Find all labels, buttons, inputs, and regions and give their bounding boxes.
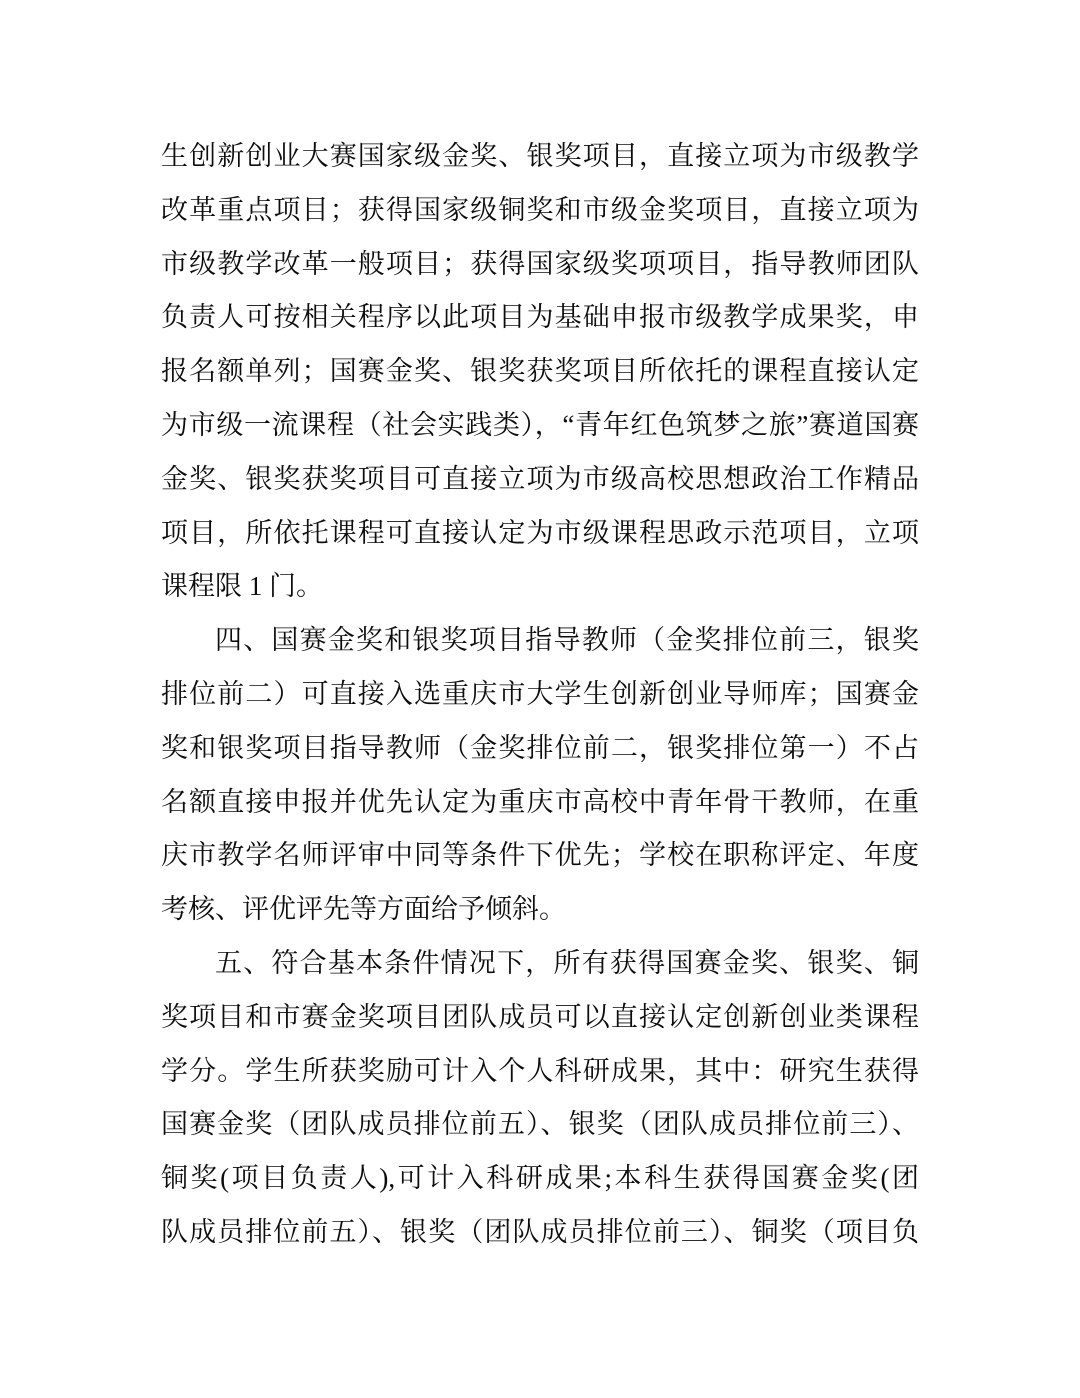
text-line: 课程限 1 门。 [161, 560, 919, 614]
text-line: 改革重点项目；获得国家级铜奖和市级金奖项目，直接立项为 [161, 184, 919, 238]
text-line: 队成员排位前五）、银奖（团队成员排位前三）、铜奖（项目负 [161, 1206, 919, 1260]
text-line: 名额直接申报并优先认定为重庆市高校中青年骨干教师，在重 [161, 776, 919, 830]
text-line: 排位前二）可直接入选重庆市大学生创新创业导师库；国赛金 [161, 668, 919, 722]
text-line: 项目，所依托课程可直接认定为市级课程思政示范项目，立项 [161, 507, 919, 561]
text-line: 奖和银奖项目指导教师（金奖排位前二，银奖排位第一）不占 [161, 722, 919, 776]
text-line: 负责人可按相关程序以此项目为基础申报市级教学成果奖，申 [161, 291, 919, 345]
text-line: 考核、评优评先等方面给予倾斜。 [161, 883, 919, 937]
text-line: 市级教学改革一般项目；获得国家级奖项项目，指导教师团队 [161, 238, 919, 292]
text-line: 生创新创业大赛国家级金奖、银奖项目，直接立项为市级教学 [161, 130, 919, 184]
text-line: 为市级一流课程（社会实践类），“青年红色筑梦之旅”赛道国赛 [161, 399, 919, 453]
paragraph-five-first-line: 五、符合基本条件情况下，所有获得国赛金奖、银奖、铜 [161, 937, 919, 991]
text-line: 学分。学生所获奖励可计入个人科研成果，其中：研究生获得 [161, 1045, 919, 1099]
text-column: 生创新创业大赛国家级金奖、银奖项目，直接立项为市级教学 改革重点项目；获得国家级… [161, 130, 919, 1260]
text-line: 金奖、银奖获奖项目可直接立项为市级高校思想政治工作精品 [161, 453, 919, 507]
document-page: 生创新创业大赛国家级金奖、银奖项目，直接立项为市级教学 改革重点项目；获得国家级… [0, 0, 1080, 1398]
text-line: 庆市教学名师评审中同等条件下优先；学校在职称评定、年度 [161, 829, 919, 883]
text-line: 国赛金奖（团队成员排位前五）、银奖（团队成员排位前三）、 [161, 1098, 919, 1152]
text-line: 报名额单列；国赛金奖、银奖获奖项目所依托的课程直接认定 [161, 345, 919, 399]
text-line: 奖项目和市赛金奖项目团队成员可以直接认定创新创业类课程 [161, 991, 919, 1045]
paragraph-four-first-line: 四、国赛金奖和银奖项目指导教师（金奖排位前三，银奖 [161, 614, 919, 668]
text-line: 铜奖(项目负责人),可计入科研成果;本科生获得国赛金奖(团 [161, 1152, 919, 1206]
